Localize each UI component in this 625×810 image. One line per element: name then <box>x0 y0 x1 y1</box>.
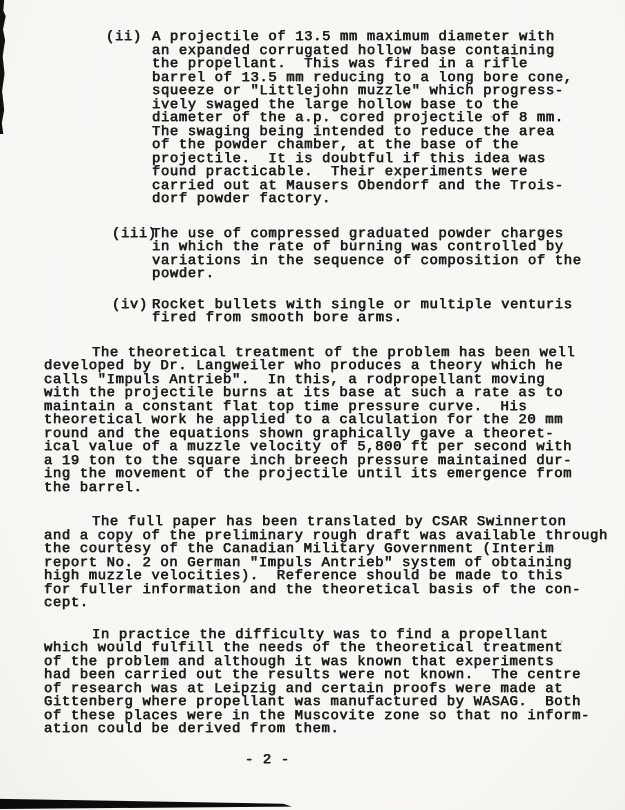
text-line: dorf powder factory. <box>152 193 625 207</box>
scanned-document-page: (ii) A projectile of 13.5 mm maximum dia… <box>0 0 625 810</box>
text-line: fired from smooth bore arms. <box>152 312 625 326</box>
page-number: - 2 - <box>245 754 625 768</box>
text-line: cept. <box>44 597 625 611</box>
list-item-marker: (iii) <box>112 228 157 242</box>
paragraph: The theoretical treatment of the problem… <box>44 347 625 496</box>
numbered-list: (ii) A projectile of 13.5 mm maximum dia… <box>112 31 625 326</box>
text-line: powder. <box>152 268 625 282</box>
paragraph: The full paper has been translated by CS… <box>44 516 625 611</box>
list-item-marker: (iv) <box>112 299 148 313</box>
list-item-text: Rocket bullets with single or multiple v… <box>152 299 625 326</box>
text-line: ation could be derived from them. <box>44 723 625 737</box>
list-item-text: A projectile of 13.5 mm maximum diameter… <box>152 31 625 207</box>
list-item: (iv) Rocket bullets with single or multi… <box>112 299 625 326</box>
list-item: (ii) A projectile of 13.5 mm maximum dia… <box>112 31 625 207</box>
typewritten-content: (ii) A projectile of 13.5 mm maximum dia… <box>0 0 625 767</box>
body-paragraphs: The theoretical treatment of the problem… <box>0 347 625 737</box>
list-item-text: The use of compressed graduated powder c… <box>152 228 625 282</box>
text-line: variations in the sequence of compositio… <box>152 255 625 269</box>
paragraph: In practice the difficulty was to find a… <box>44 629 625 737</box>
list-item-marker: (ii) <box>106 31 142 45</box>
list-item: (iii) The use of compressed graduated po… <box>112 228 625 282</box>
text-line: for fuller information and the theoretic… <box>44 584 625 598</box>
scan-edge-artifact-bottom <box>0 797 292 810</box>
text-line: the barrel. <box>44 482 625 496</box>
